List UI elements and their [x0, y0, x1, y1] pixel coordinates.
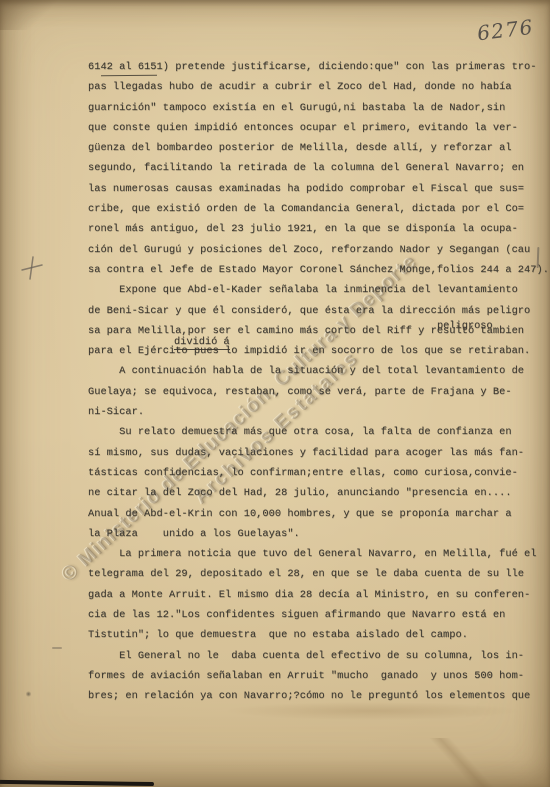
document-line: ni-Sicar.	[88, 402, 543, 422]
document-line: segundo, facilitando la retirada de la c…	[88, 158, 543, 178]
document-line: guarnición" tampoco existía en el Gurugú…	[88, 98, 543, 118]
document-line: sí mismo, sus dudas, vacilaciones y faci…	[88, 443, 543, 463]
document-line: sa contra el Jefe de Estado Mayor Corone…	[88, 260, 543, 280]
document-line: Anual de Abd-el-Krin con 10,000 hombres,…	[88, 504, 543, 524]
document-line: la Plaza unido a los Guelayas".	[88, 524, 543, 544]
document-line: las numerosas causas examinadas ha podid…	[88, 179, 543, 199]
document-line: para el Ejército pues lo impidió ir en s…	[88, 341, 543, 361]
document-line: El General no le daba cuenta del efectiv…	[88, 646, 543, 666]
document-line: La primera noticia que tuvo del General …	[88, 544, 543, 564]
document-line: Guelaya; se equivoca, restaban, como se …	[88, 382, 543, 402]
document-line: formes de aviación señalaban en Arruit "…	[88, 666, 543, 686]
document-line: cribe, que existió orden de la Comandanc…	[88, 199, 543, 219]
document-line: bres; en relación ya con Navarro;?cómo n…	[88, 686, 543, 706]
document-line: Su relato demuestra más que otra cosa, l…	[88, 422, 543, 442]
document-line: ne citar la del Zoco del Had, 28 julio, …	[88, 483, 543, 503]
margin-dash-mark	[52, 647, 62, 649]
scan-edge-artifact	[0, 780, 154, 786]
document-line: gada a Monte Arruit. El mismo dia 28 dec…	[88, 585, 543, 605]
scan-corner-shadow	[0, 0, 70, 30]
document-line: güenza del bombardeo posterior de Melill…	[88, 138, 543, 158]
paper-crease	[418, 738, 508, 787]
document-line: de Beni-Sicar y que él consideró, que és…	[88, 301, 543, 321]
document-line: cia de las 12."Los confidentes siguen af…	[88, 605, 543, 625]
document-line: que conste quien impidió entonces ocupar…	[88, 118, 543, 138]
document-line: tásticas confidencias, lo confirman;entr…	[88, 463, 543, 483]
document-text-block: 6142 al 6151) pretende justificarse, dic…	[88, 57, 543, 707]
interlinear-correction-dividio: dividió á	[174, 336, 230, 350]
document-line: Expone que Abd-el-Kader señalaba la inmi…	[88, 280, 543, 300]
document-line: ronel más antiguo, del 23 julio 1921, en…	[88, 219, 543, 239]
document-line: telegrama del 29, depositado el 28, en q…	[88, 564, 543, 584]
document-line: pas llegadas hubo de acudir a cubrir el …	[88, 77, 543, 97]
document-line: Tistutin"; lo que demuestra que no estab…	[88, 625, 543, 645]
document-line: ción del Gurugú y posiciones del Zoco, r…	[88, 240, 543, 260]
document-line: A continuación habla de la situación y d…	[88, 361, 543, 381]
scanned-page: © Ministerio de Educación, Cultura y Dep…	[0, 0, 550, 787]
interlinear-correction-peligroso: peligroso	[437, 320, 493, 332]
folio-number-handwritten: 6276	[476, 15, 535, 46]
margin-speck	[26, 691, 31, 697]
margin-cross-mark	[20, 255, 44, 281]
